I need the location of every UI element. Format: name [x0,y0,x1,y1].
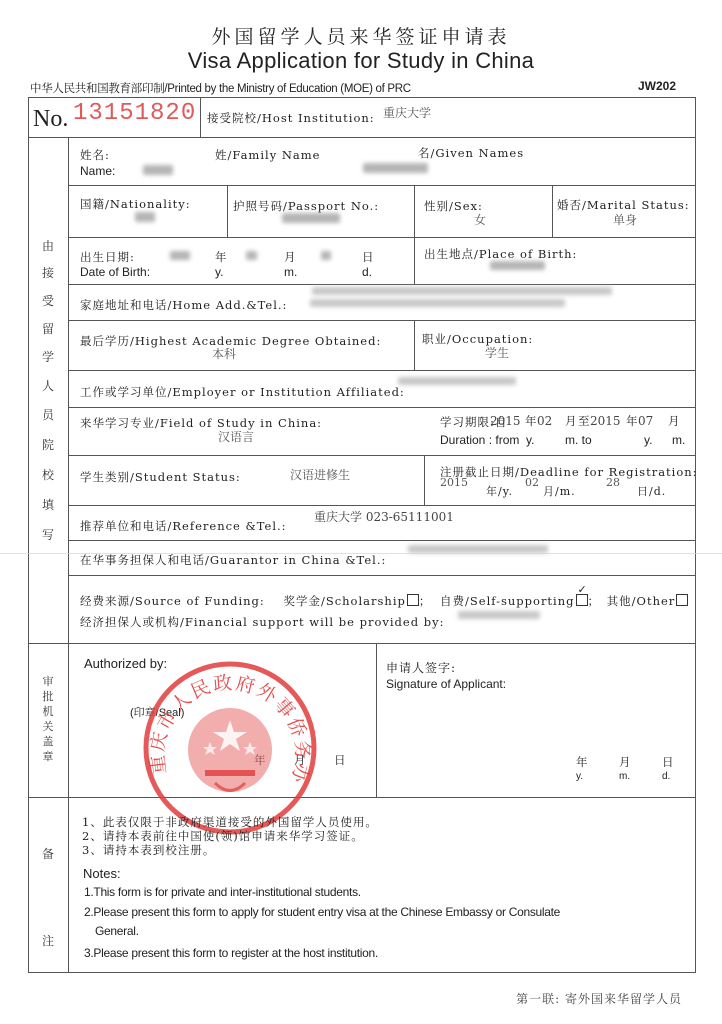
duration-y2: y. [644,433,652,447]
dob-year-en: y. [215,265,223,279]
passport-value[interactable] [282,213,340,223]
marital-status-value[interactable]: 单身 [613,211,637,228]
deadline-year-label: 年/y. [486,483,513,499]
signature-label-cn: 申请人签字: [386,659,456,676]
deadline-label: 注册截止日期/Deadline for Registration: [440,464,698,480]
family-name-label: 姓/Family Name [215,147,320,163]
deadline-month-label: 月/m. [543,483,576,499]
dob-day-value[interactable] [321,251,331,260]
birthplace-label: 出生地点/Place of Birth: [424,246,577,262]
nationality-value[interactable] [135,212,155,222]
guarantor-value[interactable] [408,545,548,553]
nationality-label: 国籍/Nationality: [80,196,191,212]
student-status-label: 学生类别/Student Status: [80,469,241,485]
field-of-study-value[interactable]: 汉语言 [218,428,254,445]
employer-label: 工作或学习单位/Employer or Institution Affiliat… [80,384,405,400]
note-cn-1: 1、此表仅限于非政府渠道接受的外国留学人员使用。 [82,815,378,829]
signature-day-cn: 日 [662,754,675,770]
duration-to-year-cn: 年 [626,413,639,429]
signature-month-cn: 月 [619,754,632,770]
duration-from-month[interactable]: 02 [537,414,552,428]
separator: ； [419,594,432,608]
financial-support-value[interactable] [458,611,540,619]
name-label-en: Name: [80,164,115,178]
reference-value[interactable]: 重庆大学 023-65111001 [314,508,454,525]
dob-month-en: m. [284,265,297,279]
deadline-month[interactable]: 02 [525,476,539,489]
birthplace-value[interactable] [490,261,545,270]
reference-label: 推荐单位和电话/Reference &Tel.: [80,518,287,534]
deadline-day[interactable]: 28 [606,476,620,489]
form-code: JW202 [638,79,676,93]
occupation-label: 职业/Occupation: [422,331,533,347]
dob-month-value[interactable] [246,251,257,260]
given-names-label: 名/Given Names [418,145,524,161]
dob-year-cn: 年 [215,249,228,265]
host-institution-value[interactable]: 重庆大学 [383,104,431,121]
funding-label: 经费来源/Source of Funding: [80,594,265,608]
other-checkbox[interactable] [676,594,688,606]
duration-from-year-cn: 年 [525,413,538,429]
home-address-label: 家庭地址和电话/Home Add.&Tel.: [80,297,287,313]
name-label-cn: 姓名: [80,147,110,163]
note-cn-2: 2、请持本表前往中国使(领)馆申请来华学习签证。 [82,829,378,843]
note-en-2: 2.Please present this form to apply for … [84,905,560,919]
signature-area[interactable] [386,700,686,750]
duration-m-to: m. to [565,433,592,447]
duration-to-month[interactable]: 07 [638,414,653,428]
separator: ； [588,594,601,608]
funding-other-label: 其他/Other [607,594,676,608]
employer-value[interactable] [398,377,516,385]
notes-heading: Notes: [83,866,121,881]
given-names-value[interactable] [363,163,428,173]
scholarship-checkbox[interactable] [407,594,419,606]
dob-label-cn: 出生日期: [80,249,135,265]
family-name-value[interactable] [143,165,173,175]
duration-from-year[interactable]: 2015 [490,414,521,428]
signature-m: m. [619,771,630,782]
financial-support-label: 经济担保人或机构/Financial support will be provi… [80,614,444,630]
form-number-label: No. [33,106,68,133]
duration-y: y. [526,433,534,447]
dob-day-cn: 日 [362,249,375,265]
official-seal-stamp: 重庆市人民政府外事侨务办公室 [140,658,320,838]
dob-day-en: d. [362,265,372,279]
sex-value[interactable]: 女 [474,211,486,228]
note-en-3: 3.Please present this form to register a… [84,946,378,960]
copy-label: 第一联: 寄外国来华留学人员 [516,990,682,1007]
note-en-2-cont: General. [95,924,139,938]
deadline-day-label: 日/d. [637,483,666,499]
passport-label: 护照号码/Passport No.: [233,198,379,214]
degree-value[interactable]: 本科 [212,345,236,362]
host-institution-label: 接受院校/Host Institution: [207,110,375,126]
home-address-value-line2[interactable] [310,299,565,307]
approval-day-cn: 日 [334,752,347,768]
duration-to-cn: 至 [578,413,591,429]
guarantor-label: 在华事务担保人和电话/Guarantor in China &Tel.: [80,552,386,568]
signature-d: d. [662,771,670,782]
form-title-en: Visa Application for Study in China [0,48,722,74]
duration-to-month-cn: 月 [668,413,681,429]
funding-row: 经费来源/Source of Funding: 奖学金/Scholarship；… [80,593,688,609]
check-mark-icon: ✓ [578,583,588,596]
duration-from-month-cn: 月 [565,413,578,429]
signature-year-cn: 年 [576,754,589,770]
funding-self-label: 自费/Self-supporting [440,594,575,608]
duration-m: m. [672,433,685,447]
dob-year-value[interactable] [170,251,190,260]
signature-y: y. [576,771,583,782]
self-supporting-checkbox[interactable]: ✓ [576,594,588,606]
duration-to-year[interactable]: 2015 [590,414,621,428]
form-number: 13151820 [73,100,196,127]
student-status-value[interactable]: 汉语进修生 [290,466,350,483]
form-title-cn: 外国留学人员来华签证申请表 [0,22,722,49]
signature-label-en: Signature of Applicant: [386,677,506,691]
funding-scholarship-label: 奖学金/Scholarship [283,594,405,608]
field-of-study-label: 来华学习专业/Field of Study in China: [80,415,322,431]
note-en-1: 1.This form is for private and inter-ins… [84,885,361,899]
duration-label-en: Duration : from [440,433,519,447]
deadline-year[interactable]: 2015 [440,476,468,489]
occupation-value[interactable]: 学生 [485,344,509,361]
home-address-value-line1[interactable] [312,287,612,295]
dob-label-en: Date of Birth: [80,265,150,279]
notes-cn: 1、此表仅限于非政府渠道接受的外国留学人员使用。 2、请持本表前往中国使(领)馆… [82,815,378,857]
note-cn-3: 3、请持本表到校注册。 [82,843,378,857]
printed-by: 中华人民共和国教育部印制/Printed by the Ministry of … [30,80,411,96]
dob-month-cn: 月 [284,249,297,265]
